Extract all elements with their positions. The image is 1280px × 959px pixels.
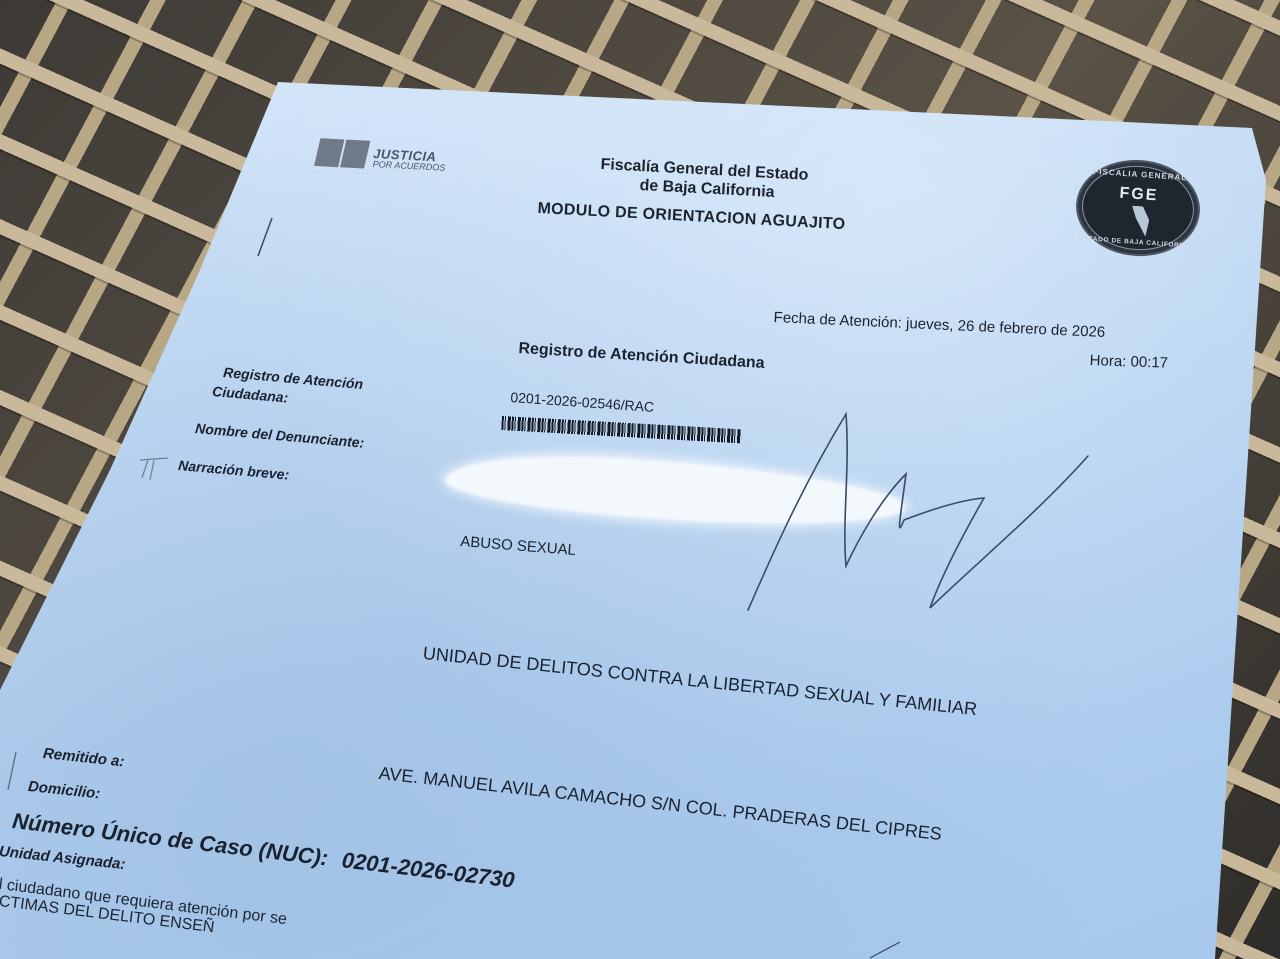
complainant-name-label: Nombre del Denunciante:	[195, 420, 365, 451]
attention-date: Fecha de Atención: jueves, 26 de febrero…	[773, 309, 1105, 341]
seal-top-text: FISCALIA GENERAL	[1080, 166, 1200, 183]
redacted-complainant-name	[444, 446, 907, 536]
referred-unit-value: UNIDAD DE DELITOS CONTRA LA LIBERTAD SEX…	[422, 643, 978, 720]
module-name: MODULO DE ORIENTACION AGUAJITO	[537, 200, 846, 234]
form-title: Registro de Atención Ciudadana	[518, 340, 765, 373]
barcode	[501, 416, 741, 443]
document-content: JUSTICIA POR ACUERDOS · · · · · · · · · …	[0, 0, 1280, 959]
assigned-unit-label: Unidad Asignada:	[0, 843, 126, 873]
referred-to-label: Remitido a:	[42, 745, 125, 770]
seal-bottom-text: ESTADO DE BAJA CALIFORNIA	[1075, 235, 1195, 250]
nuc-line: Número Único de Caso (NUC):0201-2026-027…	[11, 808, 516, 894]
narration-value: ABUSO SEXUAL	[460, 533, 577, 559]
nuc-value: 0201-2026-02730	[341, 847, 516, 892]
logo-subtitle: · · · · · · · · · · · · · · · · · ·	[310, 168, 381, 178]
justicia-por-acuerdos-logo: JUSTICIA POR ACUERDOS	[315, 138, 447, 173]
rac-label-line2: Ciudadana:	[212, 383, 289, 406]
seal-center-text: FGE	[1078, 182, 1199, 208]
logo-mark-icon	[315, 138, 370, 169]
address-value: AVE. MANUEL AVILA CAMACHO S/N COL. PRADE…	[378, 763, 943, 845]
address-label: Domicilio:	[27, 778, 101, 802]
baja-california-map-icon	[1130, 206, 1150, 237]
logo-line2: POR ACUERDOS	[372, 160, 445, 173]
narration-label: Narración breve:	[178, 457, 290, 483]
fge-seal-icon: FISCALIA GENERAL FGE ESTADO DE BAJA CALI…	[1073, 156, 1203, 260]
rac-number: 0201-2026-02546/RAC	[510, 389, 655, 415]
attention-time: Hora: 00:17	[1089, 352, 1168, 372]
